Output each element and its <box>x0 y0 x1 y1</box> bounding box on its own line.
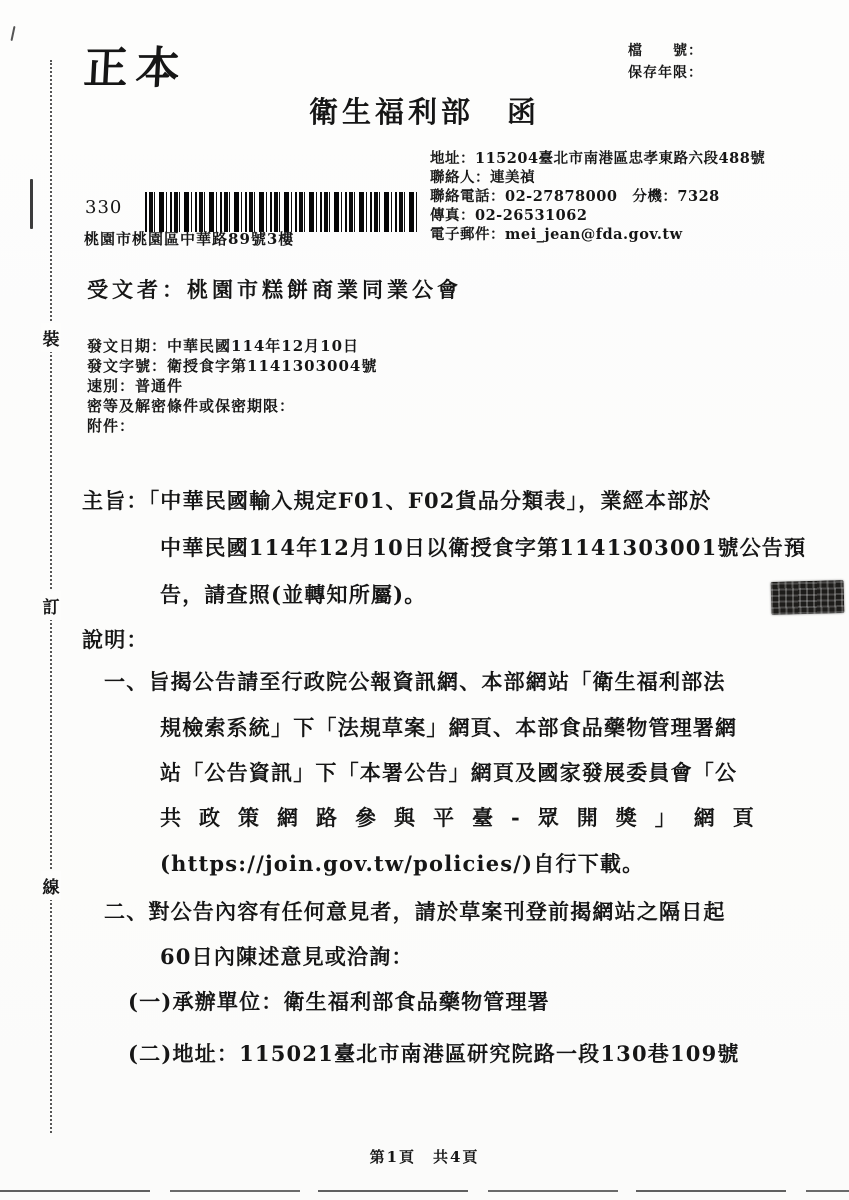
copy-label: 正本 <box>82 32 189 96</box>
explanation-item1-line-1: 一、旨揭公告請至行政院公報資訊網、本部網站「衛生福利部法 <box>104 666 726 696</box>
doc-meta-block: 發文日期：中華民國114年12月10日 發文字號：衛授食字第1141303004… <box>87 336 377 436</box>
contact-fax: 傳真：02-26531062 <box>430 206 765 225</box>
binding-mark-xian: 線 <box>41 871 61 900</box>
recipient-line: 受文者：桃園市糕餅商業同業公會 <box>87 274 462 304</box>
subject-line-2: 中華民國114年12月10日以衛授食字第1141303001號公告預 <box>160 532 806 562</box>
doc-number: 發文字號：衛授食字第1141303004號 <box>87 356 377 376</box>
doc-speed-class: 速別：普通件 <box>87 376 377 396</box>
binding-mark-ding: 訂 <box>41 591 61 620</box>
mailing-barcode <box>145 192 417 232</box>
file-number-block: 檔 號： 保存年限： <box>628 40 703 84</box>
stamp-smudge <box>771 580 845 615</box>
explanation-heading: 說明： <box>82 624 149 654</box>
contact-phone: 聯絡電話：02-27878000 分機：7328 <box>430 187 765 206</box>
scan-edge-line <box>0 1190 849 1192</box>
recipient-mailing-address: 桃園市桃園區中華路89號3樓 <box>84 228 294 249</box>
contact-block: 地址：115204臺北市南港區忠孝東路六段488號 聯絡人：連美禎 聯絡電話：0… <box>430 149 765 244</box>
binding-mark-zhuang: 裝 <box>41 323 61 352</box>
explanation-item1-line-2: 規檢索系統」下「法規草案」網頁、本部食品藥物管理署網 <box>160 712 737 742</box>
scan-artifact-tick <box>10 26 15 41</box>
scan-artifact-line <box>30 179 33 229</box>
contact-email: 電子郵件：mei_jean@fda.gov.tw <box>430 225 765 244</box>
explanation-item2-line-1: 二、對公告內容有任何意見者，請於草案刊登前揭網站之隔日起 <box>104 896 726 926</box>
sender-address: 地址：115204臺北市南港區忠孝東路六段488號 <box>430 149 765 168</box>
file-number-label: 檔 號： <box>628 40 703 62</box>
explanation-item1-line-5: (https://join.gov.tw/policies/)自行下載。 <box>160 848 644 878</box>
scanned-letter-page: 裝 訂 線 正本 檔 號： 保存年限： 衛生福利部 函 地址：115204臺北市… <box>0 0 849 1200</box>
page-footer: 第1頁 共4頁 <box>0 1146 849 1167</box>
explanation-item1-line-4: 共政策網路參與平臺-眾開獎」網頁 <box>160 802 772 832</box>
doc-attachment: 附件： <box>87 416 377 436</box>
explanation-subitem-1: (一)承辦單位：衛生福利部食品藥物管理署 <box>128 986 550 1016</box>
subject-line-1: 主旨：「中華民國輸入規定F01、F02貨品分類表」，業經本部於 <box>82 485 711 515</box>
recipient-zip: 330 <box>85 197 122 218</box>
subject-line-3: 告，請查照(並轉知所屬)。 <box>160 579 426 609</box>
letter-title: 衛生福利部 函 <box>0 90 849 131</box>
explanation-item2-line-2: 60日內陳述意見或洽詢： <box>160 941 414 971</box>
explanation-item1-line-3: 站「公告資訊」下「本署公告」網頁及國家發展委員會「公 <box>160 757 737 787</box>
doc-date: 發文日期：中華民國114年12月10日 <box>87 336 377 356</box>
explanation-subitem-2: (二)地址：115021臺北市南港區研究院路一段130巷109號 <box>128 1038 740 1068</box>
doc-security-class: 密等及解密條件或保密期限： <box>87 396 377 416</box>
contact-person: 聯絡人：連美禎 <box>430 168 765 187</box>
retention-label: 保存年限： <box>628 62 703 84</box>
